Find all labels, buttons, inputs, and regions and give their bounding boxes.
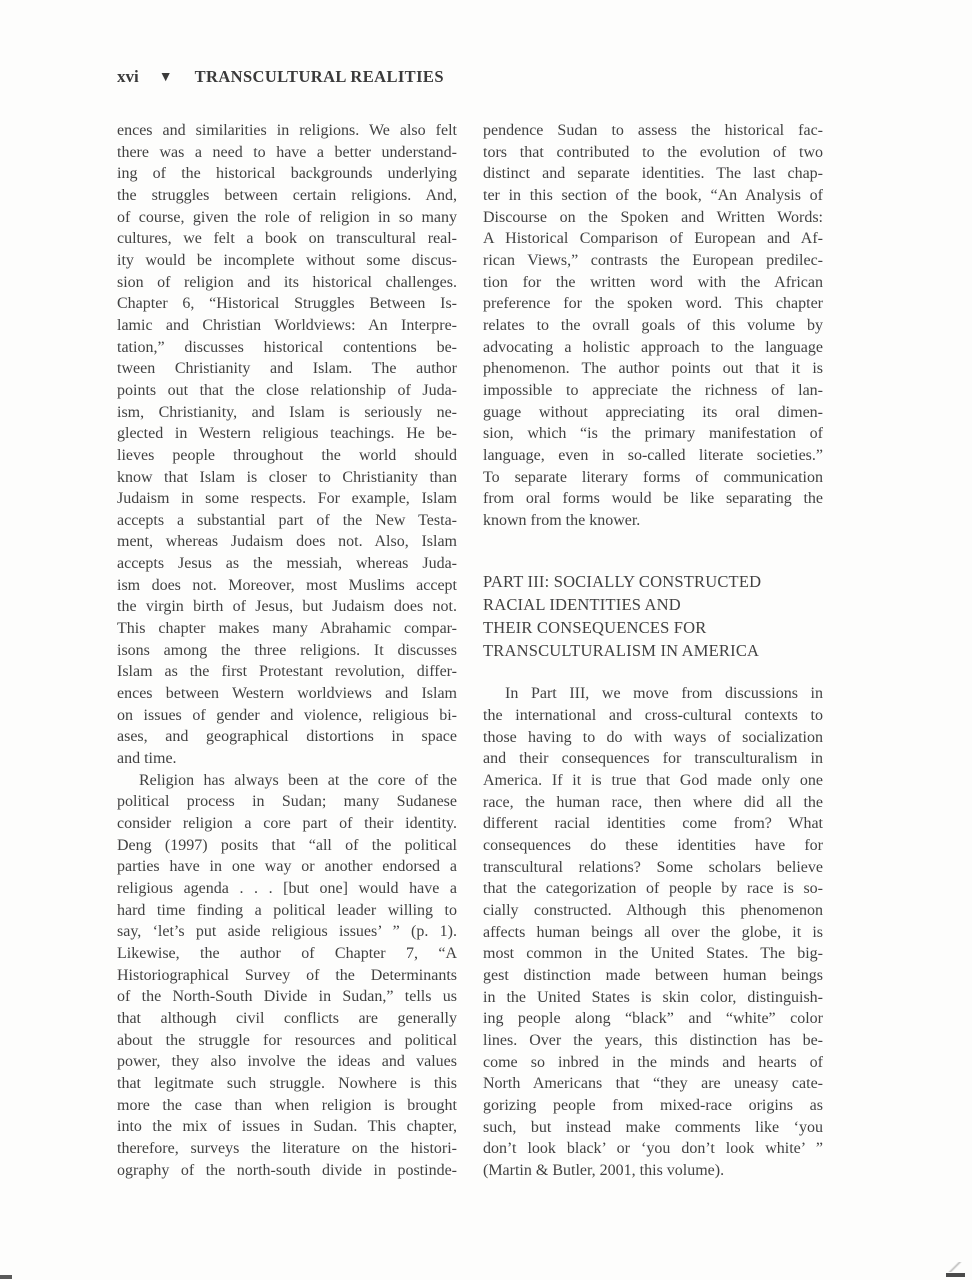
text-line: Judaism in some respects. For example, I… [117, 488, 457, 510]
text-line: pendence Sudan to assess the historical … [483, 120, 823, 142]
text-line: don’t look black’ or ‘you don’t look whi… [483, 1138, 823, 1160]
two-column-body: ences and similarities in religions. We … [117, 120, 823, 1182]
text-line: consider religion a core part of their i… [117, 813, 457, 835]
text-line: and their consequences for transcultural… [483, 748, 823, 770]
text-line: cultures, we felt a book on transcultura… [117, 228, 457, 250]
text-line: accepts Jesus as the messiah, whereas Ju… [117, 553, 457, 575]
text-line: phenomenon. The author points out that i… [483, 358, 823, 380]
text-line: lines. Over the years, this distinction … [483, 1030, 823, 1052]
text-line: impossible to appreciate the richness of… [483, 380, 823, 402]
text-line: gorizing people from mixed-race origins … [483, 1095, 823, 1117]
text-line: RACIAL IDENTITIES AND [483, 593, 823, 616]
scan-smudge-artifact [948, 1262, 962, 1272]
text-line: come so inbred in the minds and hearts o… [483, 1052, 823, 1074]
text-line: isons among the three religions. It disc… [117, 640, 457, 662]
text-line: A Historical Comparison of European and … [483, 228, 823, 250]
running-header: xvi ▼ TRANSCULTURAL REALITIES [117, 64, 444, 90]
text-line: consequences do these identities have fo… [483, 835, 823, 857]
text-line: tors that contributed to the evolution o… [483, 142, 823, 164]
section-heading: PART III: SOCIALLY CONSTRUCTEDRACIAL IDE… [483, 570, 823, 662]
text-line: Deng (1997) posits that “all of the poli… [117, 835, 457, 857]
text-line: Chapter 6, “Historical Struggles Between… [117, 293, 457, 315]
text-line: gest distinction made between human bein… [483, 965, 823, 987]
right-column: pendence Sudan to assess the historical … [483, 120, 823, 1182]
text-line: Likewise, the author of Chapter 7, “A [117, 943, 457, 965]
text-line: America. If it is true that God made onl… [483, 770, 823, 792]
text-line: the international and cross-cultural con… [483, 705, 823, 727]
text-line: tween Christianity and Islam. The author [117, 358, 457, 380]
text-line: ography of the north-south divide in pos… [117, 1160, 457, 1182]
text-line: relates to the ovrall goals of this volu… [483, 315, 823, 337]
text-line: religious agenda . . . [but one] would h… [117, 878, 457, 900]
text-line: the virgin birth of Jesus, but Judaism d… [117, 596, 457, 618]
text-line: TRANSCULTURALISM IN AMERICA [483, 639, 823, 662]
text-line: ism does not. Moreover, most Muslims acc… [117, 575, 457, 597]
text-line: North Americans that “they are uneasy ca… [483, 1073, 823, 1095]
text-line: more the case than when religion is brou… [117, 1095, 457, 1117]
text-line: say, ‘let’s put aside religious issues’ … [117, 921, 457, 943]
text-line: tation,” discusses historical contention… [117, 337, 457, 359]
text-line: sion, which “is the primary manifestatio… [483, 423, 823, 445]
paragraph: Religion has always been at the core of … [117, 770, 457, 1181]
text-line: of the North-South Divide in Sudan,” tel… [117, 986, 457, 1008]
text-line: on issues of gender and violence, religi… [117, 705, 457, 727]
text-line: into the mix of issues in Sudan. This ch… [117, 1116, 457, 1138]
text-line: PART III: SOCIALLY CONSTRUCTED [483, 570, 823, 593]
scan-artifact-bottom-left [0, 1275, 12, 1279]
text-line: lamic and Christian Worldviews: An Inter… [117, 315, 457, 337]
text-line: race, the human race, then where did all… [483, 792, 823, 814]
paragraph: In Part III, we move from discussions in… [483, 683, 823, 1181]
text-line: therefore, surveys the literature on the… [117, 1138, 457, 1160]
scan-artifact-bottom-right [946, 1273, 965, 1277]
text-line: know that Islam is closer to Christianit… [117, 467, 457, 489]
text-line: of course, given the role of religion in… [117, 207, 457, 229]
text-line: political process in Sudan; many Sudanes… [117, 791, 457, 813]
text-line: affects human beings all over the globe,… [483, 922, 823, 944]
text-line: In Part III, we move from discussions in [483, 683, 823, 705]
text-line: most common in the United States. The bi… [483, 943, 823, 965]
text-line: ases, and geographical distortions in sp… [117, 726, 457, 748]
book-title: TRANSCULTURAL REALITIES [195, 67, 444, 87]
text-line: the struggles between certain religions.… [117, 185, 457, 207]
text-line: Islam as the first Protestant revolution… [117, 661, 457, 683]
text-line: language, even in so-called literate soc… [483, 445, 823, 467]
text-line: THEIR CONSEQUENCES FOR [483, 616, 823, 639]
text-line: glected in Western religious teachings. … [117, 423, 457, 445]
text-line: known from the knower. [483, 510, 823, 532]
text-line: accepts a substantial part of the New Te… [117, 510, 457, 532]
text-line: ter in this section of the book, “An Ana… [483, 185, 823, 207]
text-line: such, but instead make comments like ‘yo… [483, 1117, 823, 1139]
text-line: about the struggle for resources and pol… [117, 1030, 457, 1052]
paragraph: ences and similarities in religions. We … [117, 120, 457, 770]
text-line: lieves people throughout the world shoul… [117, 445, 457, 467]
paragraph: pendence Sudan to assess the historical … [483, 120, 823, 531]
text-line: ment, whereas Judaism does not. Also, Is… [117, 531, 457, 553]
left-column: ences and similarities in religions. We … [117, 120, 457, 1182]
text-line: Historiographical Survey of the Determin… [117, 965, 457, 987]
text-line: there was a need to have a better unders… [117, 142, 457, 164]
text-line: ences between Western worldviews and Isl… [117, 683, 457, 705]
text-line: points out that the close relationship o… [117, 380, 457, 402]
text-line: ing of the historical backgrounds underl… [117, 163, 457, 185]
text-line: in the United States is skin color, dist… [483, 987, 823, 1009]
text-line: (Martin & Butler, 2001, this volume). [483, 1160, 823, 1182]
text-line: preference for the spoken word. This cha… [483, 293, 823, 315]
text-line: sion of religion and its historical chal… [117, 272, 457, 294]
text-line: that legitmate such struggle. Nowhere is… [117, 1073, 457, 1095]
text-line: power, they also involve the ideas and v… [117, 1051, 457, 1073]
text-line: Discourse on the Spoken and Written Word… [483, 207, 823, 229]
text-line: that although civil conflicts are genera… [117, 1008, 457, 1030]
text-line: from oral forms would be like separating… [483, 488, 823, 510]
text-line: This chapter makes many Abrahamic compar… [117, 618, 457, 640]
text-line: Religion has always been at the core of … [117, 770, 457, 792]
text-line: ity would be incomplete without some dis… [117, 250, 457, 272]
text-line: different racial identities come from? W… [483, 813, 823, 835]
book-page-scan: xvi ▼ TRANSCULTURAL REALITIES ences and … [0, 0, 972, 1280]
text-line: rican Views,” contrasts the European pre… [483, 250, 823, 272]
text-line: that the categorization of people by rac… [483, 878, 823, 900]
text-line: advocating a holistic approach to the la… [483, 337, 823, 359]
text-line: distinct and separate identities. The la… [483, 163, 823, 185]
text-line: hard time finding a political leader wil… [117, 900, 457, 922]
page-number: xvi [117, 67, 139, 87]
text-line: To separate literary forms of communicat… [483, 467, 823, 489]
text-line: those having to do with ways of socializ… [483, 727, 823, 749]
text-line: tion for the written word with the Afric… [483, 272, 823, 294]
text-line: ences and similarities in religions. We … [117, 120, 457, 142]
text-line: parties have in one way or another endor… [117, 856, 457, 878]
text-line: and time. [117, 748, 457, 770]
text-line: ing people along “black” and “white” col… [483, 1008, 823, 1030]
text-line: guage without appreciating its oral dime… [483, 402, 823, 424]
text-line: ism, Christianity, and Islam is seriousl… [117, 402, 457, 424]
triangle-separator-icon: ▼ [159, 71, 173, 85]
text-line: transcultural relations? Some scholars b… [483, 857, 823, 879]
text-line: cially constructed. Although this phenom… [483, 900, 823, 922]
